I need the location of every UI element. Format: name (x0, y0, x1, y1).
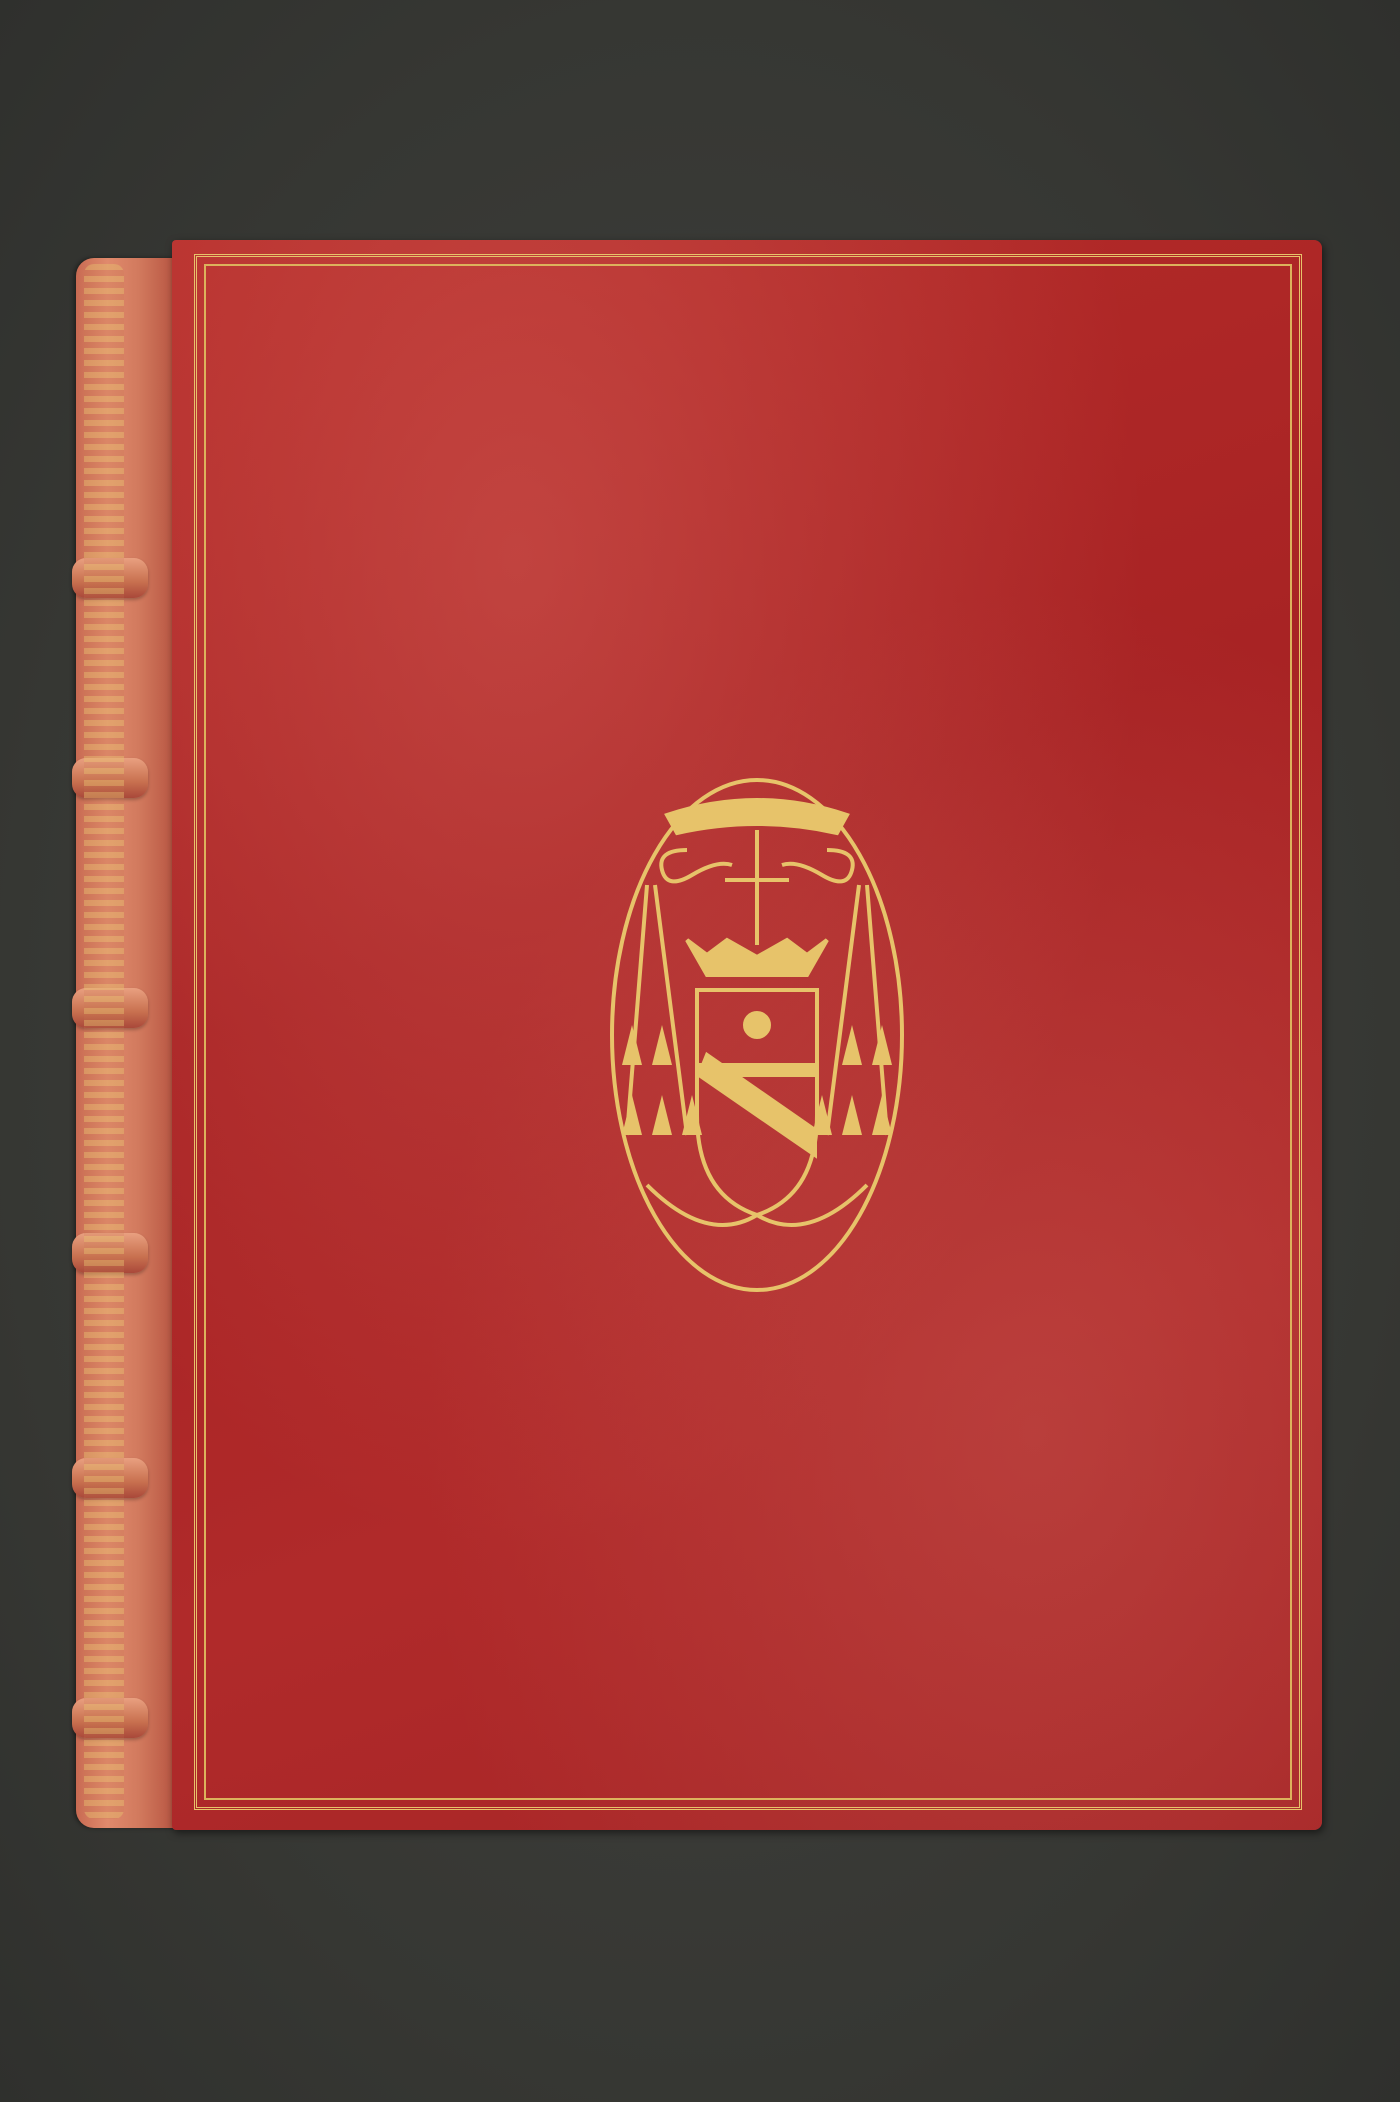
book (76, 240, 1326, 1830)
spine-band (72, 1233, 148, 1273)
spine-band (72, 1458, 148, 1498)
spine-band (72, 558, 148, 598)
spine-band (72, 1698, 148, 1738)
spine-band (72, 758, 148, 798)
coat-of-arms-icon (607, 775, 907, 1295)
book-spine (76, 258, 180, 1828)
spine-band (72, 988, 148, 1028)
front-cover (172, 240, 1322, 1830)
